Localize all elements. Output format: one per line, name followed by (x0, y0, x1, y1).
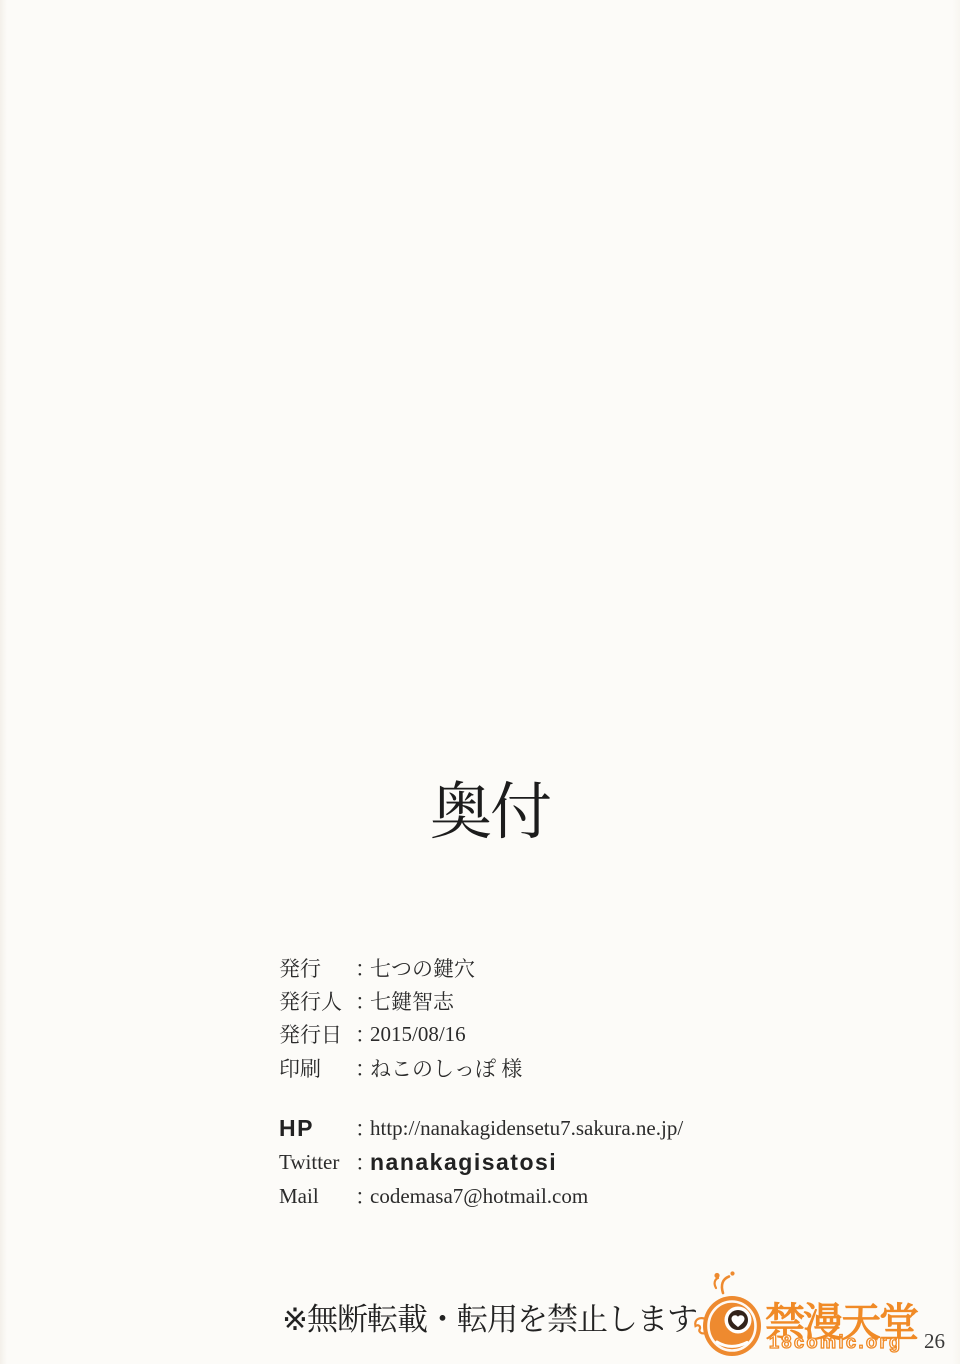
mascot-spout (722, 1277, 729, 1294)
colon-separator: ： (355, 1181, 370, 1211)
twitter-handle: nanakagisatosi (370, 1149, 557, 1176)
colon-separator: ： (355, 1147, 370, 1177)
watermark-site-url: 18comic.org (769, 1332, 903, 1353)
row-value: 七鍵智志 (370, 986, 454, 1016)
site-watermark: 禁漫天堂 18comic.org (692, 1270, 960, 1364)
colon-separator: ： (355, 986, 370, 1016)
row-value: ねこのしっぽ 様 (370, 1053, 522, 1083)
row-label: Twitter (279, 1150, 355, 1175)
contact-row-homepage: HP ： http://nanakagidensetu7.sakura.ne.j… (279, 1111, 683, 1145)
colon-separator: ： (355, 953, 370, 983)
row-label: 印刷 (279, 1053, 355, 1083)
publication-row-printer: 印刷 ： ねこのしっぽ 様 (279, 1051, 522, 1084)
no-reproduction-notice: ※無断転載・転用を禁止します (282, 1294, 697, 1339)
publication-row-publisher: 発行 ： 七つの鍵穴 (279, 951, 522, 984)
colon-separator: ： (355, 1113, 370, 1143)
row-label: 発行 (279, 953, 355, 983)
colophon-page: 奥付 発行 ： 七つの鍵穴 発行人 ： 七鍵智志 発行日 ： 2015/08/1… (0, 0, 960, 1364)
orange-whale-mascot-icon (692, 1270, 770, 1362)
homepage-url: http://nanakagidensetu7.sakura.ne.jp/ (370, 1116, 683, 1141)
row-label: 発行人 (279, 986, 355, 1016)
colon-separator: ： (355, 1019, 370, 1049)
publication-info-list: 発行 ： 七つの鍵穴 発行人 ： 七鍵智志 発行日 ： 2015/08/16 印… (279, 951, 522, 1085)
row-value: 七つの鍵穴 (370, 953, 475, 983)
colon-separator: ： (355, 1053, 370, 1083)
publication-row-date: 発行日 ： 2015/08/16 (279, 1018, 522, 1051)
row-label: Mail (279, 1184, 355, 1209)
contact-row-twitter: Twitter ： nanakagisatosi (279, 1145, 683, 1179)
row-label: HP (279, 1115, 355, 1142)
page-number: 26 (924, 1329, 945, 1354)
contact-info-list: HP ： http://nanakagidensetu7.sakura.ne.j… (279, 1111, 683, 1213)
row-value: 2015/08/16 (370, 1022, 466, 1047)
row-label: 発行日 (279, 1019, 355, 1049)
publication-row-author: 発行人 ： 七鍵智志 (279, 984, 522, 1017)
contact-row-mail: Mail ： codemasa7@hotmail.com (279, 1179, 683, 1213)
mail-address: codemasa7@hotmail.com (370, 1184, 588, 1209)
page-title: 奥付 (430, 782, 550, 844)
